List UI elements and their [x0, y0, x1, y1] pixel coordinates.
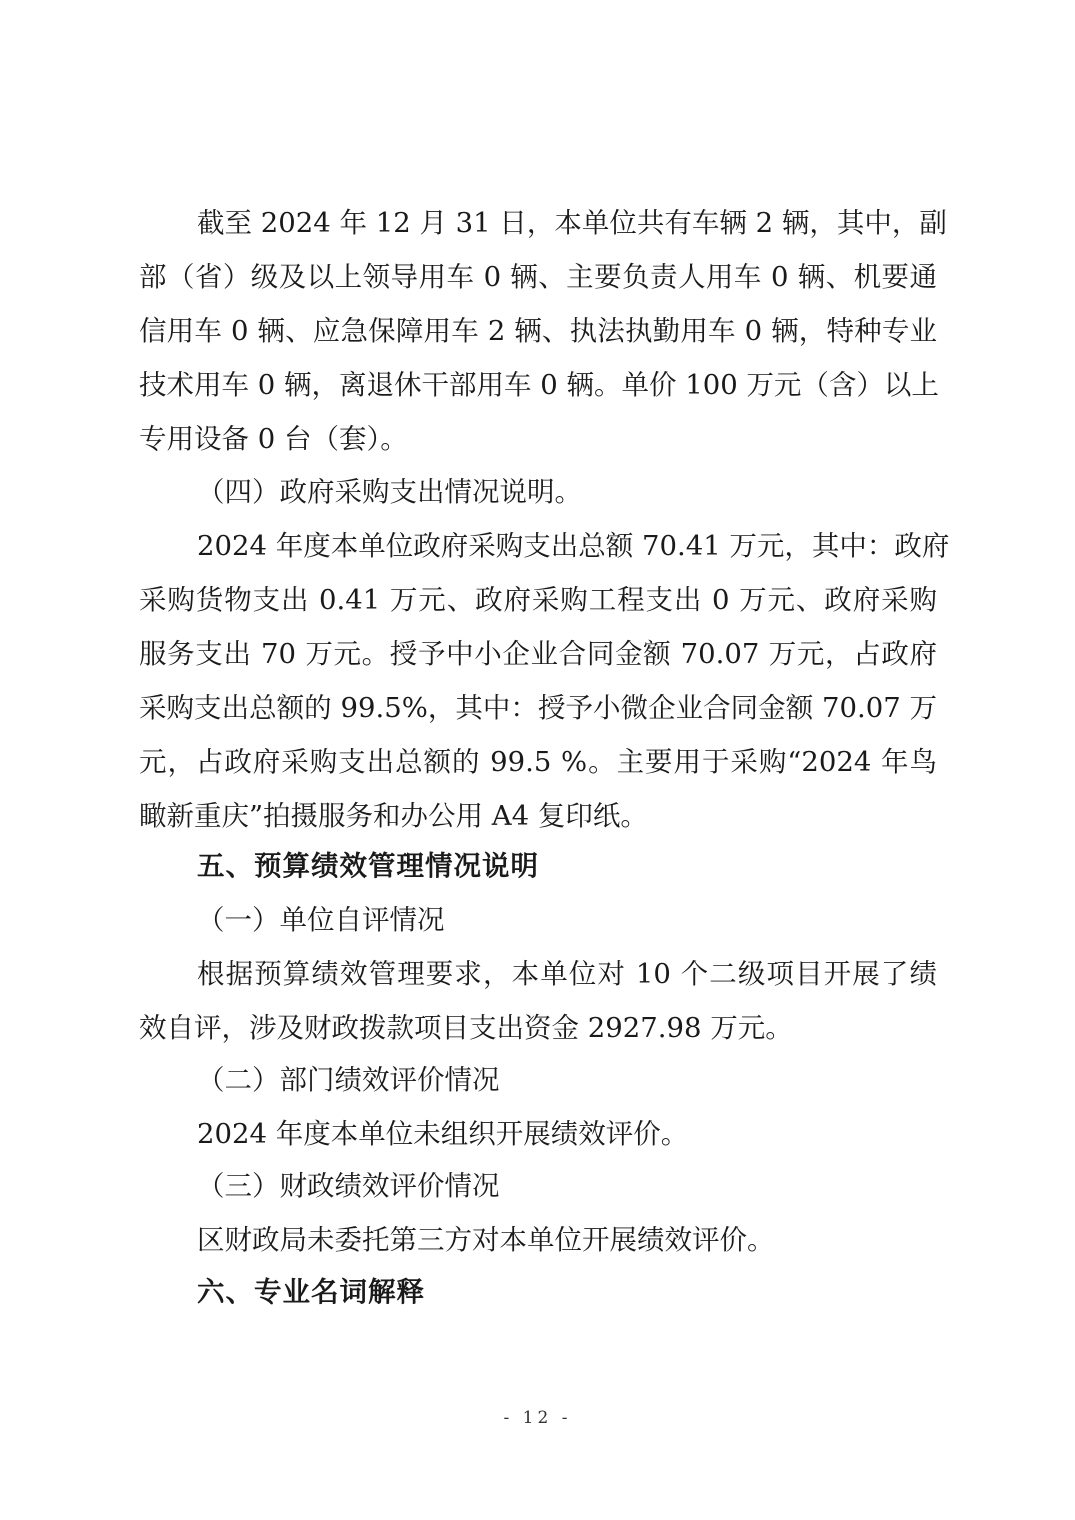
subsection-heading-dept-eval: （二）部门绩效评价情况: [197, 1060, 500, 1100]
paragraph-line: 根据预算绩效管理要求，本单位对 10 个二级项目开展了绩: [197, 954, 937, 994]
paragraph-line: 专用设备 0 台（套）。: [139, 419, 937, 459]
paragraph-line: 采购货物支出 0.41 万元、政府采购工程支出 0 万元、政府采购: [139, 580, 937, 620]
paragraph-line: 元，占政府采购支出总额的 99.5 %。主要用于采购“2024 年鸟: [139, 742, 937, 782]
section-heading-glossary: 六、专业名词解释: [197, 1272, 425, 1312]
paragraph-line: 部（省）级及以上领导用车 0 辆、主要负责人用车 0 辆、机要通: [139, 257, 937, 297]
page-number: - 12 -: [0, 1408, 1075, 1428]
paragraph-line: 信用车 0 辆、应急保障用车 2 辆、执法执勤用车 0 辆，特种专业: [139, 311, 937, 351]
paragraph-line: 效自评，涉及财政拨款项目支出资金 2927.98 万元。: [139, 1008, 937, 1048]
paragraph-dept-eval: 2024 年度本单位未组织开展绩效评价。: [197, 1114, 688, 1154]
document-page: 截至 2024 年 12 月 31 日，本单位共有车辆 2 辆，其中，副 部（省…: [0, 0, 1075, 1520]
paragraph-line: 瞰新重庆”拍摄服务和办公用 A4 复印纸。: [139, 796, 937, 836]
subsection-heading-finance-eval: （三）财政绩效评价情况: [197, 1166, 500, 1206]
paragraph-line: 采购支出总额的 99.5%，其中：授予小微企业合同金额 70.07 万: [139, 688, 937, 728]
paragraph-line: 2024 年度本单位政府采购支出总额 70.41 万元，其中：政府: [197, 526, 937, 566]
paragraph-finance-eval: 区财政局未委托第三方对本单位开展绩效评价。: [197, 1220, 775, 1260]
subsection-heading-self-eval: （一）单位自评情况: [197, 900, 445, 940]
paragraph-line: 服务支出 70 万元。授予中小企业合同金额 70.07 万元，占政府: [139, 634, 937, 674]
paragraph-line: 截至 2024 年 12 月 31 日，本单位共有车辆 2 辆，其中，副: [197, 203, 937, 243]
subsection-heading-procurement: （四）政府采购支出情况说明。: [197, 472, 582, 512]
paragraph-line: 技术用车 0 辆，离退休干部用车 0 辆。单价 100 万元（含）以上: [139, 365, 937, 405]
section-heading-budget-performance: 五、预算绩效管理情况说明: [197, 846, 539, 886]
